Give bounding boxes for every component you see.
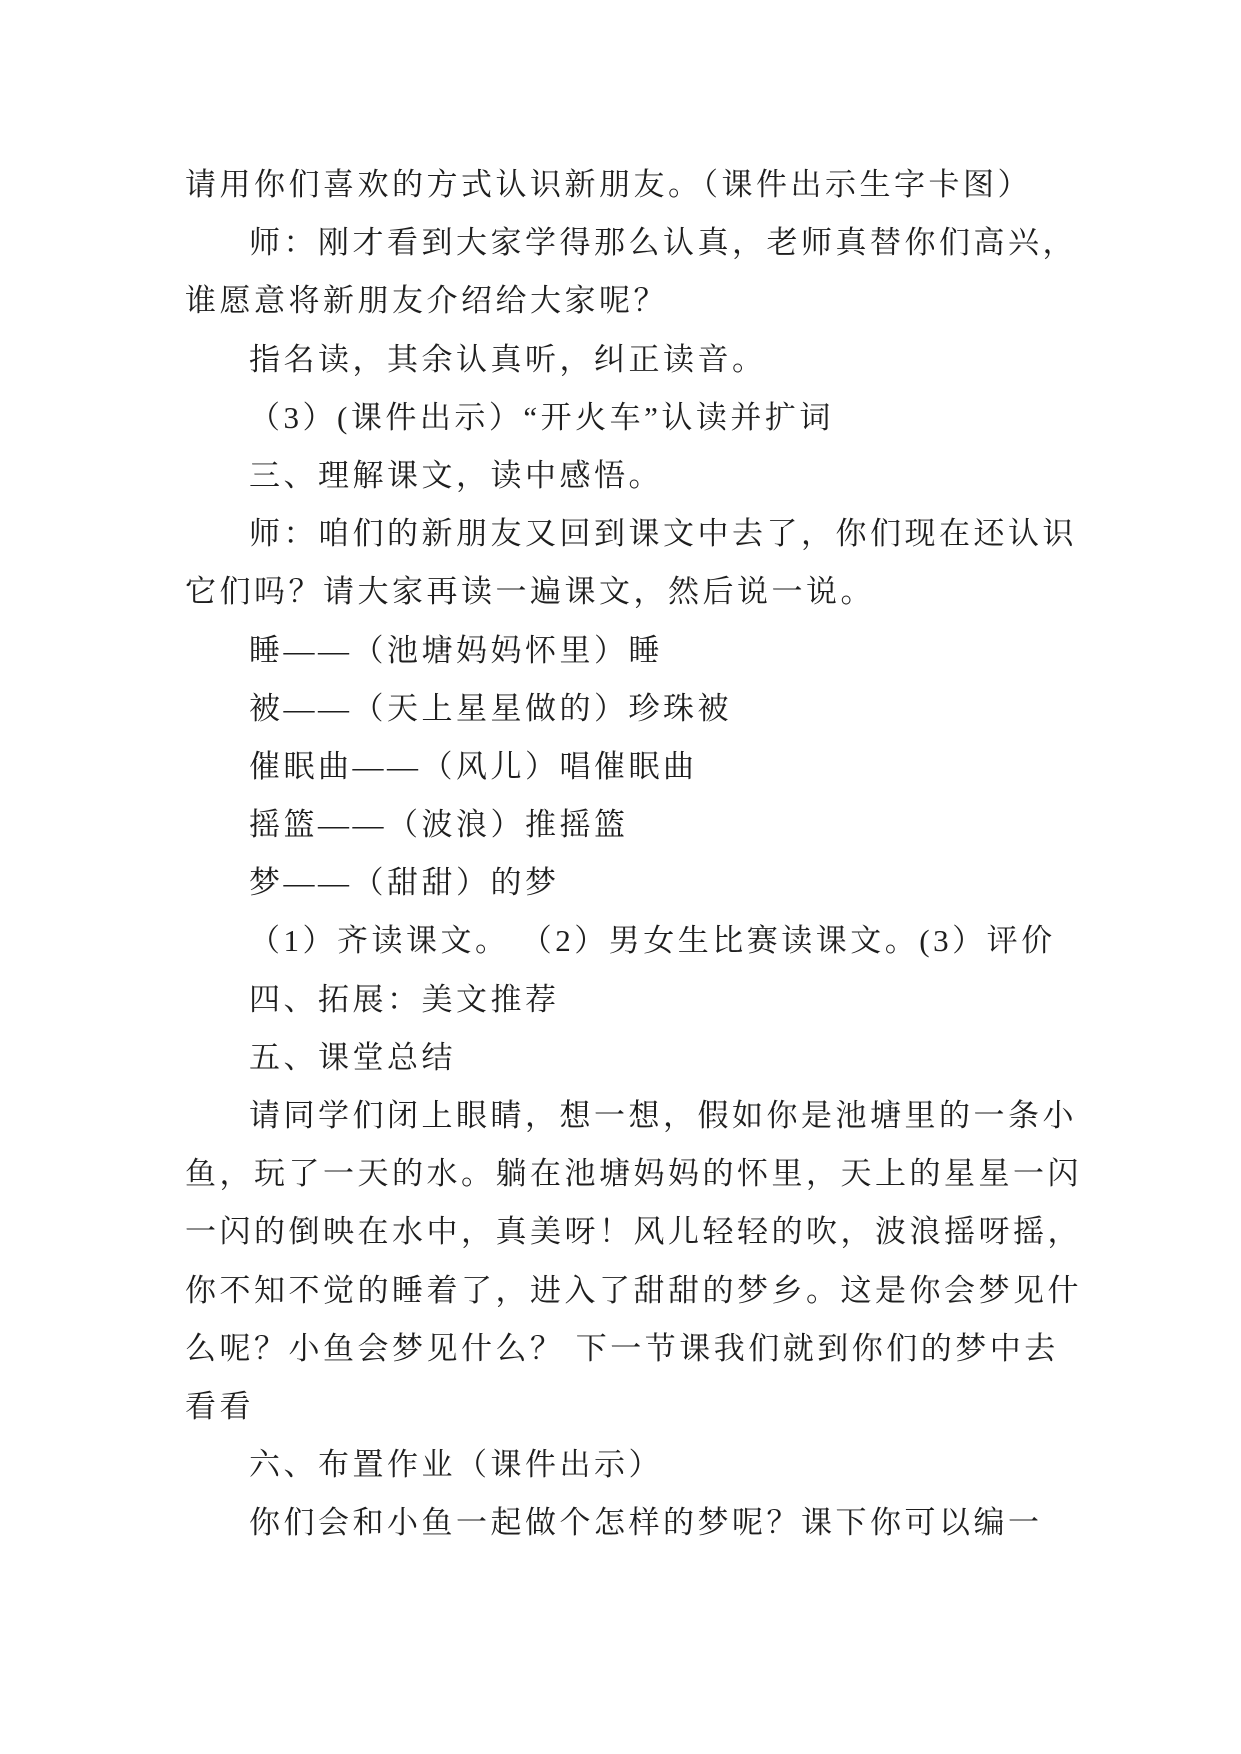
text-line: （3）(课件出示）“开火车”认读并扩词: [185, 389, 1193, 447]
document-text-block: 请用你们喜欢的方式认识新朋友。（课件出示生字卡图）师：刚才看到大家学得那么认真，…: [0, 0, 1241, 1553]
text-line: 指名读，其余认真听，纠正读音。: [185, 331, 1193, 389]
text-line: 师：咱们的新朋友又回到课文中去了，你们现在还认识: [185, 505, 1193, 563]
text-line: 看看: [185, 1378, 1193, 1436]
text-line: 请用你们喜欢的方式认识新朋友。（课件出示生字卡图）: [185, 156, 1193, 214]
text-line: 梦——（甜甜）的梦: [185, 854, 1193, 912]
document-page: 请用你们喜欢的方式认识新朋友。（课件出示生字卡图）师：刚才看到大家学得那么认真，…: [0, 0, 1241, 1754]
text-line: 三、理解课文，读中感悟。: [185, 447, 1193, 505]
text-line: 师：刚才看到大家学得那么认真，老师真替你们高兴，: [185, 214, 1193, 272]
text-line: 你不知不觉的睡着了，进入了甜甜的梦乡。这是你会梦见什: [185, 1262, 1193, 1320]
text-line: 五、课堂总结: [185, 1029, 1193, 1087]
text-line: 谁愿意将新朋友介绍给大家呢？: [185, 272, 1193, 330]
text-line: 睡——（池塘妈妈怀里）睡: [185, 622, 1193, 680]
text-line: 它们吗？请大家再读一遍课文，然后说一说。: [185, 563, 1193, 621]
text-line: 催眠曲——（风儿）唱催眠曲: [185, 738, 1193, 796]
text-line: 么呢？小鱼会梦见什么？ 下一节课我们就到你们的梦中去: [185, 1320, 1193, 1378]
text-line: 四、拓展：美文推荐: [185, 971, 1193, 1029]
text-line: 六、布置作业（课件出示）: [185, 1436, 1193, 1494]
text-line: 摇篮——（波浪）推摇篮: [185, 796, 1193, 854]
text-line: 被——（天上星星做的）珍珠被: [185, 680, 1193, 738]
text-line: （1）齐读课文。 （2）男女生比赛读课文。(3）评价: [185, 912, 1193, 970]
text-line: 一闪的倒映在水中，真美呀！风儿轻轻的吹，波浪摇呀摇，: [185, 1203, 1193, 1261]
text-line: 请同学们闭上眼睛，想一想，假如你是池塘里的一条小: [185, 1087, 1193, 1145]
text-line: 鱼，玩了一天的水。躺在池塘妈妈的怀里，天上的星星一闪: [185, 1145, 1193, 1203]
text-line: 你们会和小鱼一起做个怎样的梦呢？课下你可以编一: [185, 1494, 1193, 1552]
